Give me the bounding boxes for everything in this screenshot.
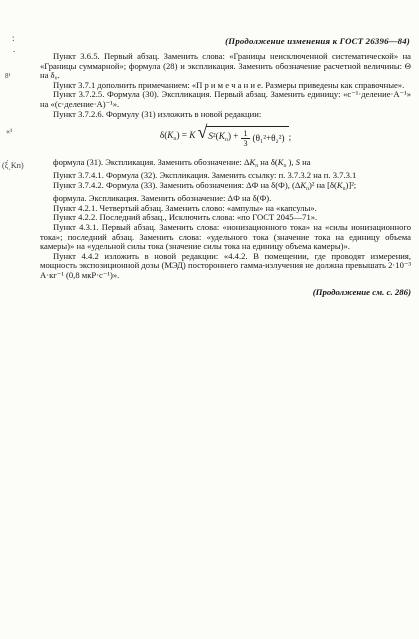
continuation-note: (Продолжение см. с. 286) — [40, 288, 411, 298]
running-header: (Продолжение изменения к ГОСТ 26396—84) — [40, 36, 410, 46]
text-segment: K — [189, 130, 195, 140]
text-segment: ) = — [176, 130, 189, 140]
text-segment: формула (31). Экспликация. Заменить обоз… — [53, 157, 250, 167]
text-segment: ), — [286, 157, 295, 167]
paragraphs-after-formula: формула (31). Экспликация. Заменить обоз… — [40, 158, 411, 281]
paragraph: Пункт 3.7.4.2. Формула (33). Заменить об… — [40, 181, 411, 194]
text-segment: на — [300, 157, 311, 167]
text-segment: (θ₁²+θ₂²) — [253, 133, 285, 143]
radicand: S²(Kп) + 1 3 (θ₁²+θ₂²) — [206, 126, 288, 149]
paragraph: Пункт 3.7.2.6. Формулу (31) изложить в н… — [40, 110, 411, 120]
text-segment: Пункт 3.7.2.6. Формулу (31) изложить в н… — [53, 109, 261, 119]
text-segment: Пункт 3.7.1 дополнить примечанием: «П р … — [53, 80, 404, 90]
paragraph: формула (31). Экспликация. Заменить обоз… — [40, 158, 411, 171]
text-segment: Пункт 4.3.1. Первый абзац. Заменить слов… — [40, 222, 411, 251]
scanned-document-page: (Продолжение изменения к ГОСТ 26396—84) … — [0, 0, 419, 639]
paragraph: Пункт 3.7.2.5. Формула (30). Экспликация… — [40, 90, 411, 109]
text-segment: Пункт 3.7.2.5. Формула (30). Экспликация… — [40, 89, 411, 109]
margin-dot-mark: . — [13, 45, 15, 53]
margin-quote-mark: «¹ — [6, 128, 12, 136]
margin-colon-mark: : — [12, 34, 15, 42]
text-segment: )² на [δ( — [309, 180, 337, 190]
formula-lhs: δ(Kп) = K — [160, 131, 196, 145]
document-body: Пункт 3.6.5. Первый абзац. Заменить слов… — [40, 52, 411, 297]
margin-numeral-mark: 8¹ — [5, 72, 11, 80]
radical-sign: √ — [197, 125, 207, 139]
text-segment: формула. Экспликация. Заменить обозначен… — [53, 193, 271, 203]
paragraph: Пункт 3.6.5. Первый абзац. Заменить слов… — [40, 52, 411, 81]
text-segment: ) + — [228, 131, 239, 141]
text-segment: на δ( — [258, 157, 278, 167]
formula-31: δ(Kп) = K √ S²(Kп) + 1 3 (θ₁²+θ₂²) ; — [40, 126, 411, 149]
formula-tail: ; — [289, 133, 292, 143]
text-segment: )]²; — [345, 180, 356, 190]
fraction-denominator: 3 — [241, 138, 249, 148]
radicand-post: (θ₁²+θ₂²) — [253, 134, 285, 144]
text-segment: Пункт 3.7.4.1. Формула (32). Экспликация… — [53, 170, 356, 180]
text-segment: Пункт 4.2.2. Последний абзац., Исключить… — [53, 212, 317, 222]
margin-handwritten-mark: (ξ́ˏKп) — [2, 162, 24, 170]
text-segment: Пункт 3.7.4.2. Формула (33). Заменить об… — [53, 180, 300, 190]
radicand-pre: S²(Kп) + — [208, 132, 238, 146]
paragraph: Пункт 4.4.2 изложить в новой редакции: «… — [40, 252, 411, 281]
fraction-one-third: 1 3 — [241, 129, 249, 149]
text-segment: Пункт 4.2.1. Четвертый абзац. Заменить с… — [53, 203, 317, 213]
text-segment: Пункт 4.4.2 изложить в новой редакции: «… — [40, 251, 411, 280]
paragraph: Пункт 4.3.1. Первый абзац. Заменить слов… — [40, 223, 411, 252]
text-segment: Пункт 3.6.5. Первый абзац. Заменить слов… — [40, 51, 411, 80]
square-root: √ S²(Kп) + 1 3 (θ₁²+θ₂²) — [197, 126, 288, 149]
fraction-numerator: 1 — [243, 129, 247, 138]
paragraphs-before-formula: Пункт 3.6.5. Первый абзац. Заменить слов… — [40, 52, 411, 119]
